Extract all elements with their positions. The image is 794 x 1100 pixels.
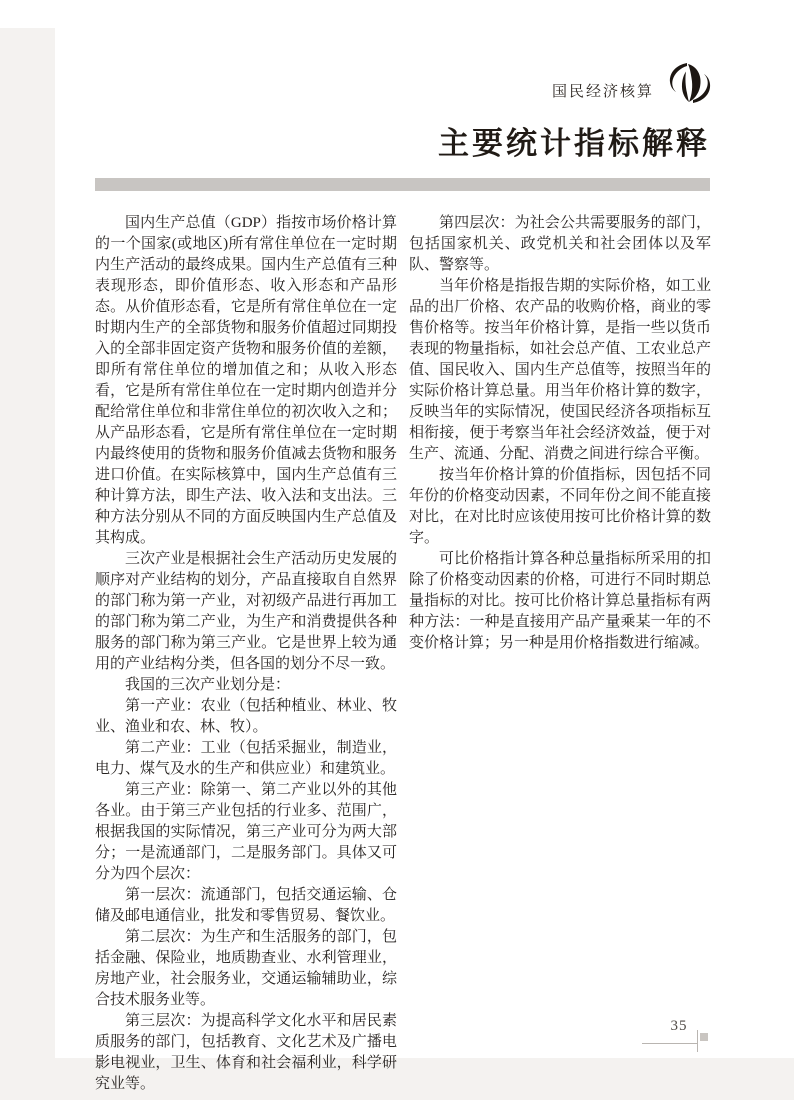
footer-vertical-rule [697,1030,698,1052]
footer-horizontal-rule [642,1043,698,1044]
title-divider-bar [95,178,710,191]
page-number: 35 [662,1018,696,1035]
right-column: 第四层次：为社会公共需要服务的部门，包括国家机关、政党机关和社会团体以及军队、警… [409,213,711,1095]
paragraph-current-prices: 当年价格是指报告期的实际价格，如工业品的出厂价格、农产品的收购价格，商业的零售价… [409,276,711,465]
paragraph-current-price-comparison: 按当年价格计算的价值指标，因包括不同年份的价格变动因素，不同年份之间不能直接对比… [409,465,711,549]
paragraph-china-division-intro: 我国的三次产业划分是： [95,675,397,696]
paragraph-second-tier: 第二层次：为生产和生活服务的部门，包括金融、保险业，地质勘查业、水利管理业，房地… [95,927,397,1011]
page-footer: 35 [0,1016,794,1066]
page-edge-shading-left [0,28,55,1100]
paragraph-tertiary-industry: 第三产业：除第一、第二产业以外的其他各业。由于第三产业包括的行业多、范围广，根据… [95,780,397,885]
paragraph-primary-industry: 第一产业：农业（包括种植业、林业、牧业、渔业和农、林、牧）。 [95,696,397,738]
section-label: 国民经济核算 [552,66,654,101]
footer-square-marker [700,1033,708,1041]
document-page: 国民经济核算 主要统计指标解释 国内生产总值（GDP）指按市场价格计算的一个国家… [0,0,794,1100]
paragraph-gdp-definition: 国内生产总值（GDP）指按市场价格计算的一个国家(或地区)所有常住单位在一定时期… [95,213,397,549]
paragraph-first-tier: 第一层次：流通部门，包括交通运输、仓储及邮电通信业，批发和零售贸易、餐饮业。 [95,885,397,927]
left-column: 国内生产总值（GDP）指按市场价格计算的一个国家(或地区)所有常住单位在一定时期… [95,213,397,1095]
paragraph-comparable-prices: 可比价格指计算各种总量指标所采用的扣除了价格变动因素的价格，可进行不同时期总量指… [409,549,711,654]
page-title: 主要统计指标解释 [438,118,710,163]
page-header: 国民经济核算 [552,58,714,108]
paragraph-fourth-tier: 第四层次：为社会公共需要服务的部门，包括国家机关、政党机关和社会团体以及军队、警… [409,213,711,276]
paragraph-secondary-industry: 第二产业：工业（包括采掘业，制造业，电力、煤气及水的生产和供应业）和建筑业。 [95,738,397,780]
statistics-swoosh-logo-icon [666,58,714,108]
paragraph-three-industries: 三次产业是根据社会生产活动历史发展的顺序对产业结构的划分，产品直接取自自然界的部… [95,549,397,675]
article-body: 国内生产总值（GDP）指按市场价格计算的一个国家(或地区)所有常住单位在一定时期… [95,213,711,1095]
